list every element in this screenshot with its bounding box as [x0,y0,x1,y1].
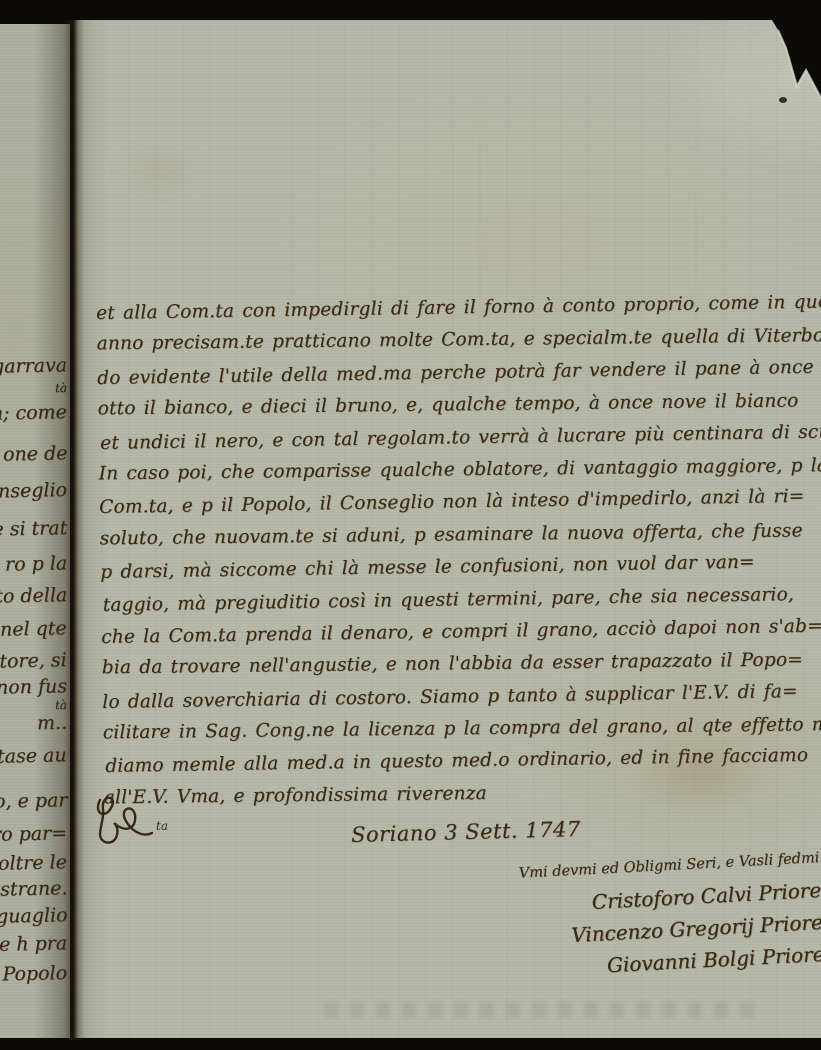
page-fold [64,20,84,1040]
left-page-fragment: atore, si [0,649,67,673]
left-page-fragment: m.. [37,712,68,735]
left-page-fragment: ro par= [0,822,67,846]
left-page-fragment: istrane. [0,877,67,901]
paraph-superscript: ta [156,819,168,833]
left-page-fragment: one de [2,442,67,465]
previous-page-edge: garrava tà m; come one de Conseglio ale … [0,24,70,1038]
dateline: Soriano 3 Sett. 1747 [351,817,581,847]
left-page-fragment: garrava [0,354,67,378]
paper-stain [114,140,204,200]
scanned-page-photo: garrava tà m; come one de Conseglio ale … [0,0,821,1050]
left-page-fragment: guaglio [0,904,67,927]
manuscript-page: et alla Com.ta con impedirgli di fare il… [74,20,821,1038]
left-page-fragment: ale si trat [0,517,67,541]
left-page-fragment: non fus [0,675,67,698]
signature-block: Vmi devmi ed Obligmi Seri, e Vasli fedmi… [518,850,821,986]
left-page-fragment: m; come [0,401,67,425]
left-page-fragment: tase au [0,744,67,767]
left-page-fragment: Conseglio [0,479,67,503]
left-page-fragment: nto della [0,584,67,608]
left-page-fragment: ro p la [5,552,68,575]
left-page-fragment: nel qte [0,617,67,640]
flourish-icon [90,792,162,850]
letter-body: et alla Com.ta con impedirgli di fare il… [96,292,821,822]
paraph-flourish: ta [90,792,174,854]
bleedthrough-mark [324,1002,754,1018]
left-page-fragment: e h pra [0,932,67,955]
left-page-fragment: o, e par [0,789,67,813]
left-page-fragment: oltre le [0,851,67,874]
left-page-fragment: al Popolo [0,962,67,986]
torn-corner [691,20,821,130]
